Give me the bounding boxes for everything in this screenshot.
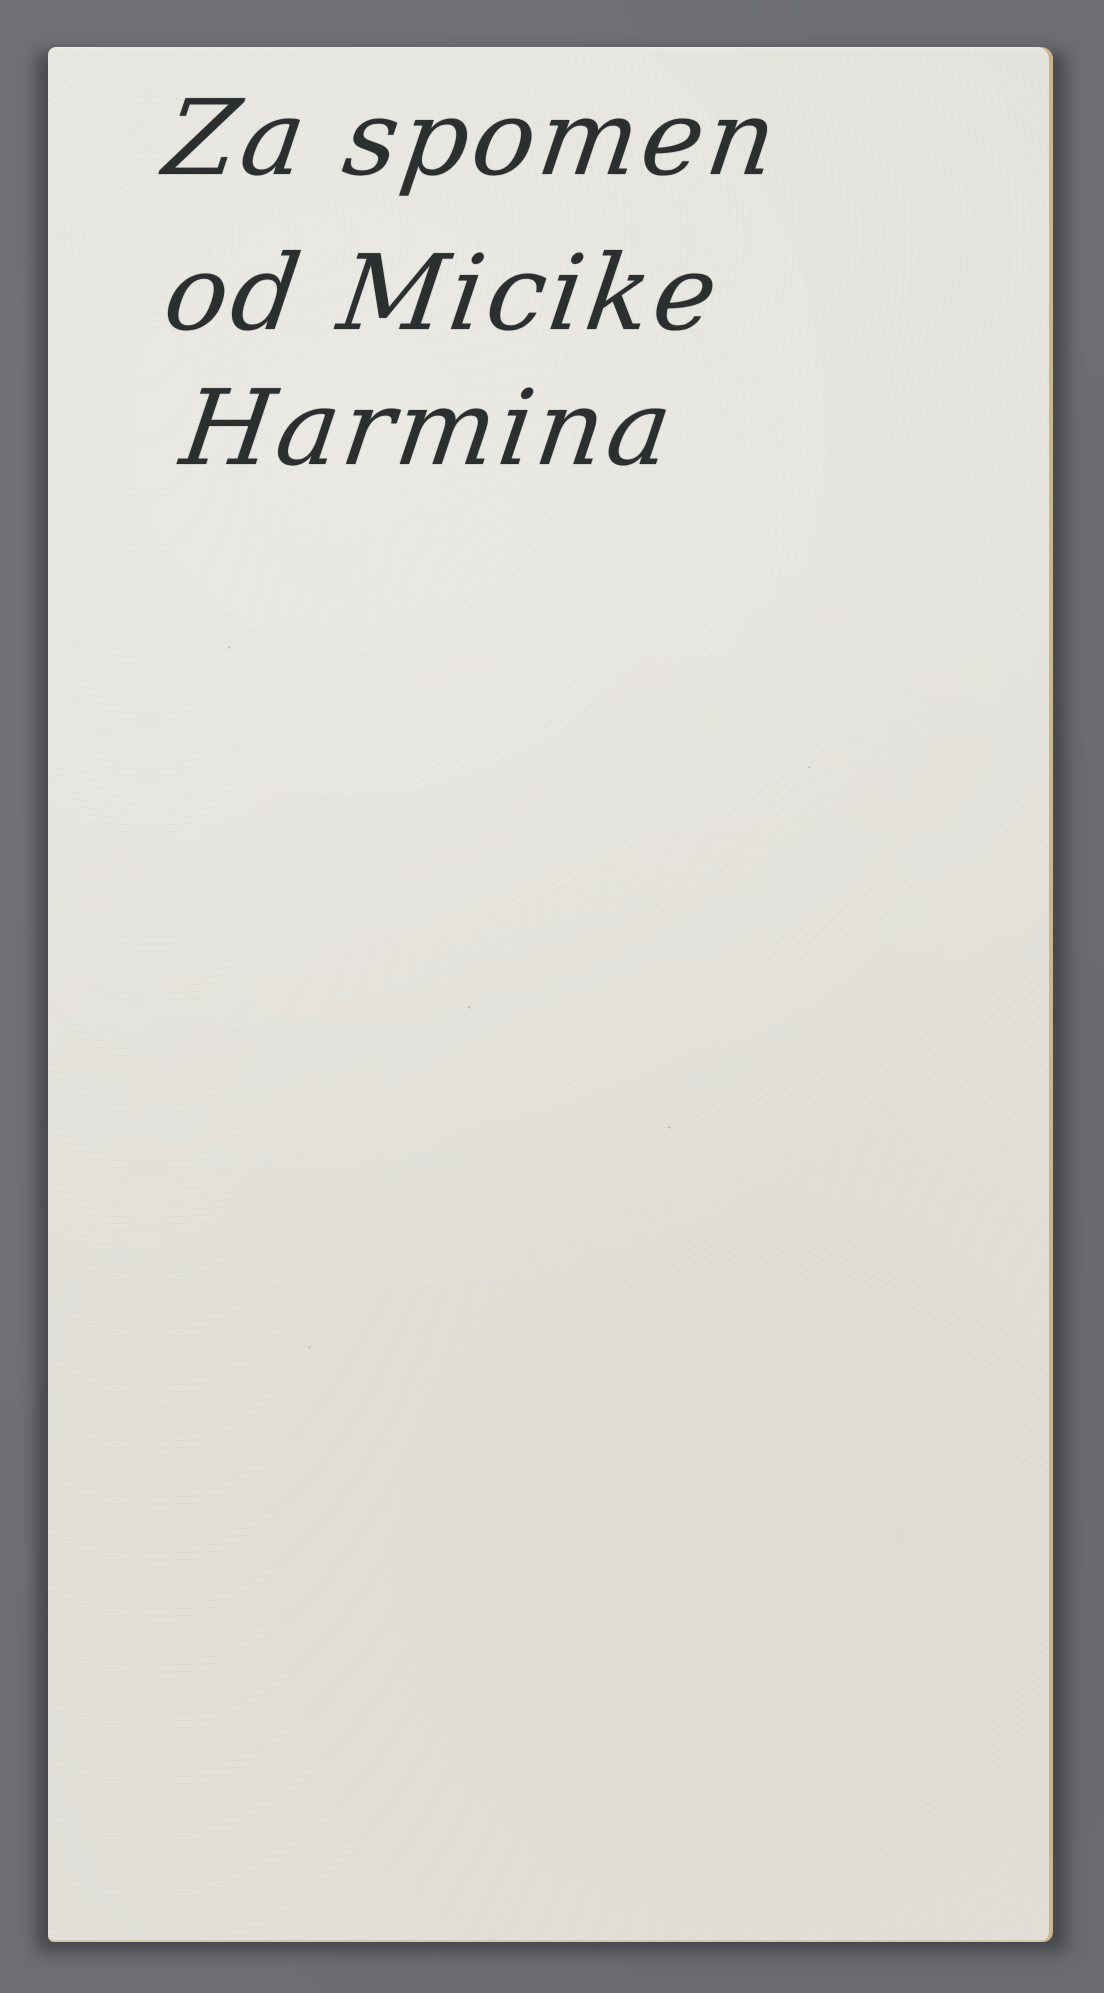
inscription-line-3: Harmina — [174, 367, 682, 489]
inscription-line-2: od Micike — [157, 232, 728, 354]
paper-fiber — [808, 766, 811, 768]
paper-fiber — [468, 1006, 471, 1008]
paper-fiber — [308, 1346, 311, 1348]
photo-card-back: Za spomen od Micike Harmina — [48, 47, 1053, 1942]
inscription-line-1: Za spomen — [157, 77, 787, 199]
paper-fiber — [668, 1126, 671, 1128]
paper-fiber — [228, 646, 231, 648]
handwritten-inscription: Za spomen od Micike Harmina — [48, 47, 1053, 1942]
